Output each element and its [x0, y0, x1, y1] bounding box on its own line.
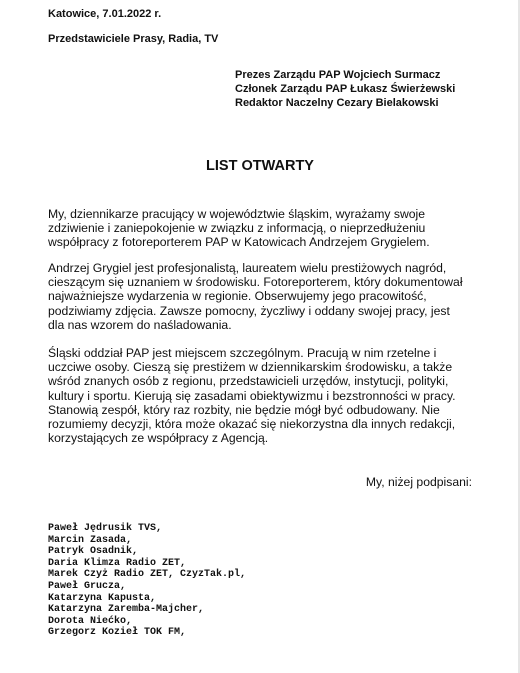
paragraph-line: zdziwienie i zaniepokojenie w związku z …: [48, 221, 488, 235]
paragraph-line: najważniejsze wydarzenia w regionie. Obs…: [48, 289, 488, 303]
signature-entry: Marek Czyż Radio ZET, CzyzTak.pl,: [48, 569, 246, 581]
paragraph-about-branch: Śląski oddział PAP jest miejscem szczegó…: [48, 346, 488, 445]
paragraph-line: uczciwe osoby. Cieszą się prestiżem w dz…: [48, 360, 488, 374]
addressee-line: Prezes Zarządu PAP Wojciech Surmacz: [235, 68, 455, 82]
signature-entry: Marcin Zasada,: [48, 535, 246, 547]
signature-entry: Katarzyna Zaremba-Majcher,: [48, 604, 246, 616]
signature-entry: Paweł Grucza,: [48, 581, 246, 593]
addressee-block: Prezes Zarządu PAP Wojciech Surmacz Czło…: [235, 68, 455, 110]
recipients-line: Przedstawiciele Prasy, Radia, TV: [48, 33, 218, 45]
signature-entry: Patryk Osadnik,: [48, 546, 246, 558]
paragraph-line: Śląski oddział PAP jest miejscem szczegó…: [48, 346, 488, 360]
signature-entry: Katarzyna Kapusta,: [48, 593, 246, 605]
paragraph-line: dla nas wzorem do naśladowania.: [48, 318, 488, 332]
addressee-line: Redaktor Naczelny Cezary Bielakowski: [235, 96, 455, 110]
paragraph-line: Andrzej Grygiel jest profesjonalistą, la…: [48, 261, 488, 275]
letter-title: LIST OTWARTY: [0, 158, 520, 174]
paragraph-line: korzystających ze współpracy z Agencją.: [48, 431, 488, 445]
paragraph-line: współpracy z fotoreporterem PAP w Katowi…: [48, 235, 488, 249]
paragraph-line: rozumiemy decyzji, która może okazać się…: [48, 417, 488, 431]
place-date: Katowice, 7.01.2022 r.: [48, 8, 161, 20]
addressee-line: Członek Zarządu PAP Łukasz Świerżewski: [235, 82, 455, 96]
paragraph-line: Stanowią zespół, który raz rozbity, nie …: [48, 403, 488, 417]
signature-entry: Paweł Jędrusik TVS,: [48, 523, 246, 535]
paragraph-line: cieszącym się uznaniem w środowisku. Fot…: [48, 275, 488, 289]
paragraph-line: podziwiamy zdjęcia. Zawsze pomocny, życz…: [48, 304, 488, 318]
paragraph-line: My, dziennikarze pracujący w województwi…: [48, 207, 488, 221]
paragraph-intro: My, dziennikarze pracujący w województwi…: [48, 207, 488, 250]
paragraph-about-grygiel: Andrzej Grygiel jest profesjonalistą, la…: [48, 261, 488, 332]
signature-entry: Grzegorz Kozieł TOK FM,: [48, 627, 246, 639]
signature-list: Paweł Jędrusik TVS, Marcin Zasada, Patry…: [48, 523, 246, 639]
paragraph-line: kultury i sportu. Kierują się zasadami o…: [48, 389, 488, 403]
signature-entry: Dorota Niećko,: [48, 616, 246, 628]
signature-entry: Daria Klimza Radio ZET,: [48, 558, 246, 570]
closing-line: My, niżej podpisani:: [366, 475, 472, 489]
paragraph-line: wśród znanych osób z regionu, przedstawi…: [48, 374, 488, 388]
